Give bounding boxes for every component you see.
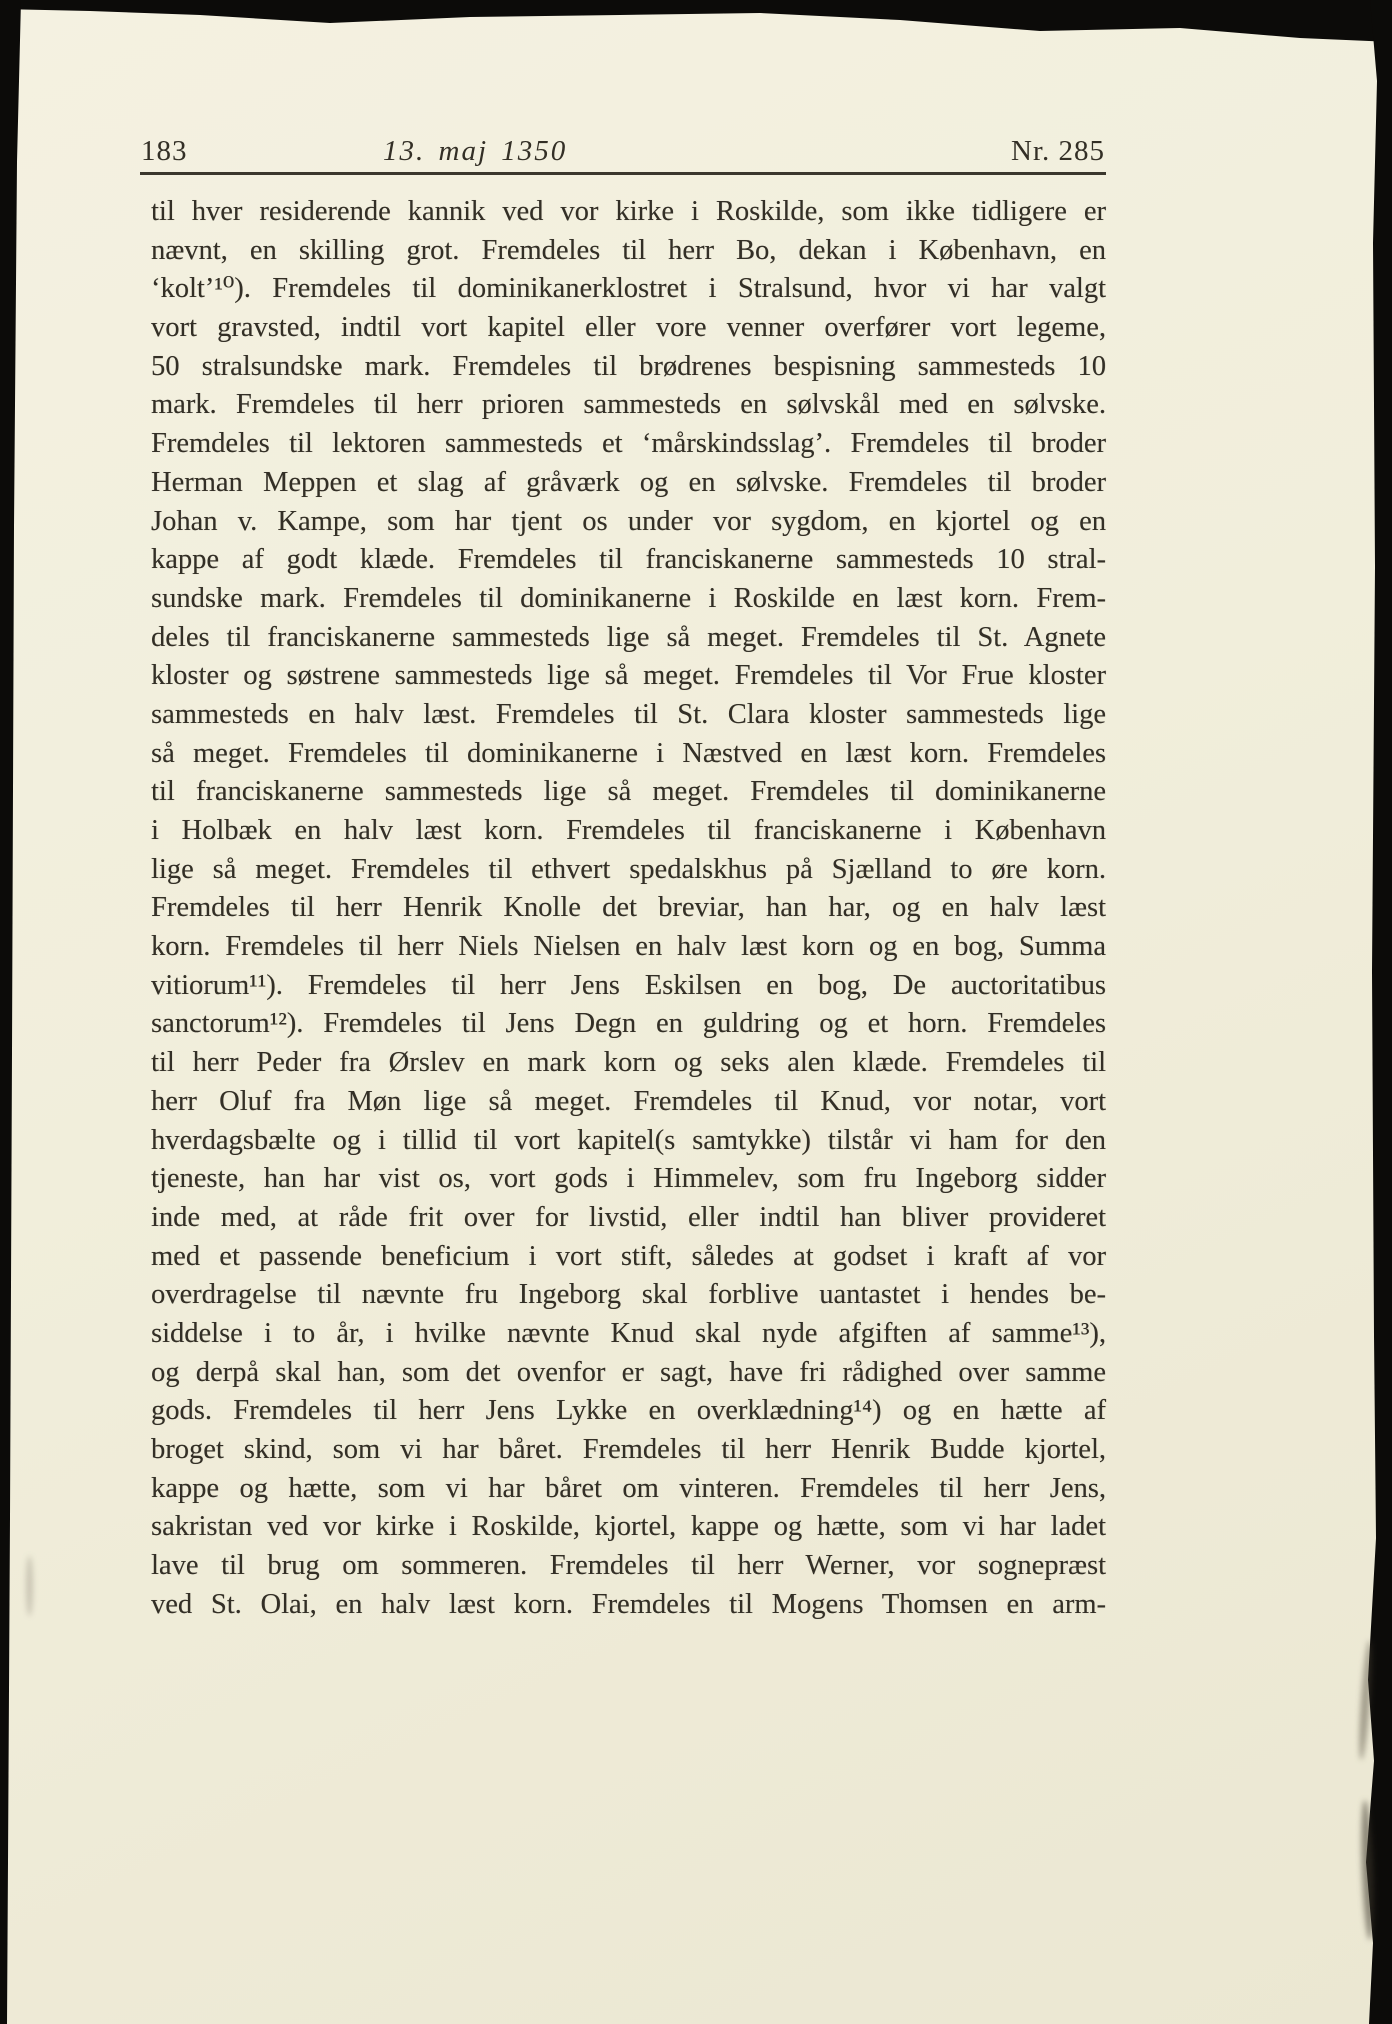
scan-edge-top [0, 0, 1392, 42]
text-line: til herr Peder fra Ørslev en mark korn o… [151, 1044, 1106, 1083]
text-line: Fremdeles til herr Henrik Knolle det bre… [151, 889, 1106, 928]
scan-smudge [26, 1556, 33, 1616]
text-line: hverdagsbælte og i tillid til vort kapit… [151, 1122, 1106, 1161]
text-line: ved St. Olai, en halv læst korn. Fremdel… [151, 1586, 1106, 1625]
text-line: deles til franciskanerne sammesteds lige… [151, 619, 1106, 658]
text-line: gods. Fremdeles til herr Jens Lykke en o… [151, 1392, 1106, 1431]
text-line: og derpå skal han, som det ovenfor er sa… [151, 1354, 1106, 1393]
text-line: sakristan ved vor kirke i Roskilde, kjor… [151, 1508, 1106, 1547]
text-line: overdragelse til nævnte fru Ingeborg ska… [151, 1276, 1106, 1315]
page-number: 183 [141, 136, 188, 167]
text-line: Herman Meppen et slag af gråværk og en s… [151, 464, 1106, 503]
header-date: 13. maj 1350 [383, 136, 567, 167]
text-line: Johan v. Kampe, som har tjent os under v… [151, 503, 1106, 542]
text-line: sanctorum¹²). Fremdeles til Jens Degn en… [151, 1005, 1106, 1044]
text-line: i Holbæk en halv læst korn. Fremdeles ti… [151, 812, 1106, 851]
text-line: lige så meget. Fremdeles til ethvert spe… [151, 851, 1106, 890]
text-line: med et passende beneficium i vort stift,… [151, 1238, 1106, 1277]
text-line: korn. Fremdeles til herr Niels Nielsen e… [151, 928, 1106, 967]
text-line: vitiorum¹¹). Fremdeles til herr Jens Esk… [151, 967, 1106, 1006]
text-line: lave til brug om sommeren. Fremdeles til… [151, 1547, 1106, 1586]
text-line: 50 stralsundske mark. Fremdeles til brød… [151, 348, 1106, 387]
header-rule [140, 172, 1106, 175]
text-line: ‘kolt’¹⁰). Fremdeles til dominikanerklos… [151, 270, 1106, 309]
text-line: så meget. Fremdeles til dominikanerne i … [151, 735, 1106, 774]
text-line: siddelse i to år, i hvilke nævnte Knud s… [151, 1315, 1106, 1354]
text-line: tjeneste, han har vist os, vort gods i H… [151, 1160, 1106, 1199]
text-line: nævnt, en skilling grot. Fremdeles til h… [151, 232, 1106, 271]
text-line: vort gravsted, indtil vort kapitel eller… [151, 309, 1106, 348]
text-line: kappe af godt klæde. Fremdeles til franc… [151, 541, 1106, 580]
text-line: broget skind, som vi har båret. Fremdele… [151, 1431, 1106, 1470]
text-line: inde med, at råde frit over for livstid,… [151, 1199, 1106, 1238]
text-line: kloster og søstrene sammesteds lige så m… [151, 657, 1106, 696]
page-header: 183 13. maj 1350 Nr. 285 [0, 136, 1392, 172]
text-line: herr Oluf fra Møn lige så meget. Fremdel… [151, 1083, 1106, 1122]
body-text: til hver residerende kannik ved vor kirk… [151, 193, 1106, 1624]
text-line: mark. Fremdeles til herr prioren sammest… [151, 386, 1106, 425]
text-line: sammesteds en halv læst. Fremdeles til S… [151, 696, 1106, 735]
text-line: til franciskanerne sammesteds lige så me… [151, 773, 1106, 812]
scanned-book-page: 183 13. maj 1350 Nr. 285 til hver reside… [0, 0, 1392, 2024]
text-line: Fremdeles til lektoren sammesteds et ‘må… [151, 425, 1106, 464]
text-line: til hver residerende kannik ved vor kirk… [151, 193, 1106, 232]
text-line: sundske mark. Fremdeles til dominikanern… [151, 580, 1106, 619]
document-number: Nr. 285 [1011, 136, 1105, 167]
text-line: kappe og hætte, som vi har båret om vint… [151, 1470, 1106, 1509]
scan-edge-left [0, 0, 24, 2024]
